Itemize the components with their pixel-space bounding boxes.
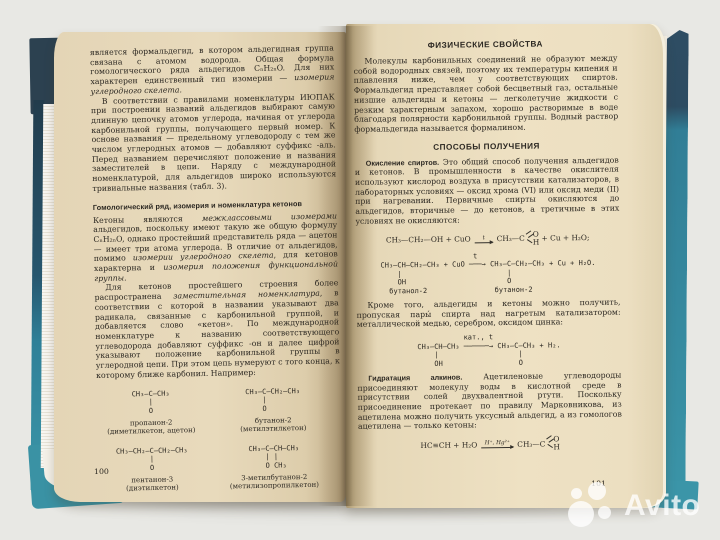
reaction-structure: t CH₃—CH—CH₂—CH₃ + CuO ───→ CH₃—C—CH₂—CH… [380,250,595,296]
page-number-left: 100 [94,467,109,476]
book-photo-scene: является формальдегид, в котором альдеги… [0,0,720,540]
reaction-arrow: H⁺, Hg²⁺ [481,440,513,448]
reaction-butanol-oxidation: t CH₃—CH—CH₂—CH₃ + CuO ───→ CH₃—C—CH₂—CH… [356,250,621,298]
aldehyde-group-branch: O H [526,230,540,246]
reaction-ethanol-oxidation: CH₃—CH₂—OH + CuO t CH₃—C O H + Cu + H₂O; [356,229,620,248]
paragraph-iupac-rules: В соответствии с правилами номенклатуры … [91,92,337,194]
left-page-text-column: является формальдегид, в котором альдеги… [50,29,351,505]
aldehyde-group-branch: O H [546,435,560,451]
paragraph-alcohol-oxidation: Окисление спиртов. Это общий способ полу… [355,155,620,226]
reaction-acetylene-hydration: HC≡CH + H₂O H⁺, Hg²⁺ CH₃—C O H [358,435,622,454]
avito-watermark: Avito [568,482,700,530]
formula-pentanone-3: CH₃—CH₂—C—CH₂—CH₃ | O пентанон-3 (диэтил… [97,446,206,493]
heading-preparation-methods: СПОСОБЫ ПОЛУЧЕНИЯ [354,140,618,152]
formula-structure: CH₃—C—CH₃ | O [132,389,170,416]
reaction-structure: кат., t CH₃—CH—CH₃ ──────→ CH₃—C—CH₃ + H… [417,332,561,368]
ketone-formula-grid: CH₃—C—CH₃ | O пропанон-2 (диметилкетон, … [96,386,342,493]
branch-hydrogen: H [526,238,540,246]
avito-logo-circle [598,506,611,519]
arrow-shaft [481,447,513,448]
reaction-byproducts: + Cu + H₂O; [539,233,589,243]
formula-alt-name: (метилэтилкетон) [205,423,341,434]
formula-alt-name: (диметилкетон, ацетон) [97,426,206,436]
formula-structure: CH₃—CH₂—C—CH₂—CH₃ | O [116,446,188,473]
avito-wordmark: Avito [624,489,700,523]
formula-3-methylbutanone-2: CH₃—C—CH—CH₃ | | O CH₃ 3-метилбутанон-2 … [206,443,342,491]
formula-propanone-2: CH₃—C—CH₃ | O пропанон-2 (диметилкетон, … [96,388,205,435]
book-page-right: ФИЗИЧЕСКИЕ СВОЙСТВА Молекулы карбонильны… [346,24,666,508]
heading-physical-properties: ФИЗИЧЕСКИЕ СВОЙСТВА [353,39,617,51]
paragraph-ketones-isomers: Кетоны являются межклассовыми изомерами … [93,211,338,284]
paragraph-ketone-nomenclature: Для кетонов простейшего строения более р… [94,279,340,381]
paragraph-physical-properties: Молекулы карбонильных соединений не обра… [353,54,618,135]
formula-structure: CH₃—C—CH₂—CH₃ | O [245,387,300,414]
formula-structure: CH₃—C—CH—CH₃ | | O CH₃ [248,444,299,471]
avito-logo-icon [568,482,622,530]
arrow-shaft [475,242,493,243]
right-page-text-column: ФИЗИЧЕСКИЕ СВОЙСТВА Молекулы карбонильны… [343,22,669,510]
reaction-arrow: t [475,235,493,243]
reaction-product: CH₃—C [497,234,525,243]
formula-alt-name: (диэтилкетон) [98,483,207,493]
avito-logo-circle [568,501,594,527]
avito-logo-circle [588,482,606,500]
formula-butanone-2: CH₃—C—CH₂—CH₃ | O бутанон-2 (метилэтилке… [205,386,341,434]
reaction-condition: t [483,235,485,241]
heading-ketones-homologous-series: Гомологический ряд, изомерия и номенклат… [93,198,337,212]
paragraph-alkyne-hydration: Гидратация алкинов. Ацетиленовые углевод… [357,370,622,431]
reaction-reactants: CH₃—CH₂—OH + CuO [386,234,471,244]
paragraph-catalyst-method: Кроме того, альдегиды и кетоны можно пол… [356,298,620,330]
reaction-reactants: HC≡CH + H₂O [420,440,477,450]
formula-alt-name: (метилизопропилкетон) [207,480,343,491]
reaction-propanol-dehydrogenation: кат., t CH₃—CH—CH₃ ──────→ CH₃—C—CH₃ + H… [357,332,621,371]
branch-hydrogen: H [546,443,560,451]
paragraph-aldehyde-continued: является формальдегид, в котором альдеги… [90,43,335,96]
avito-logo-circle [571,488,582,499]
reaction-condition: H⁺, Hg²⁺ [485,440,510,446]
book-page-left: является формальдегид, в котором альдеги… [54,32,346,502]
reaction-product: CH₃—C [517,439,545,448]
